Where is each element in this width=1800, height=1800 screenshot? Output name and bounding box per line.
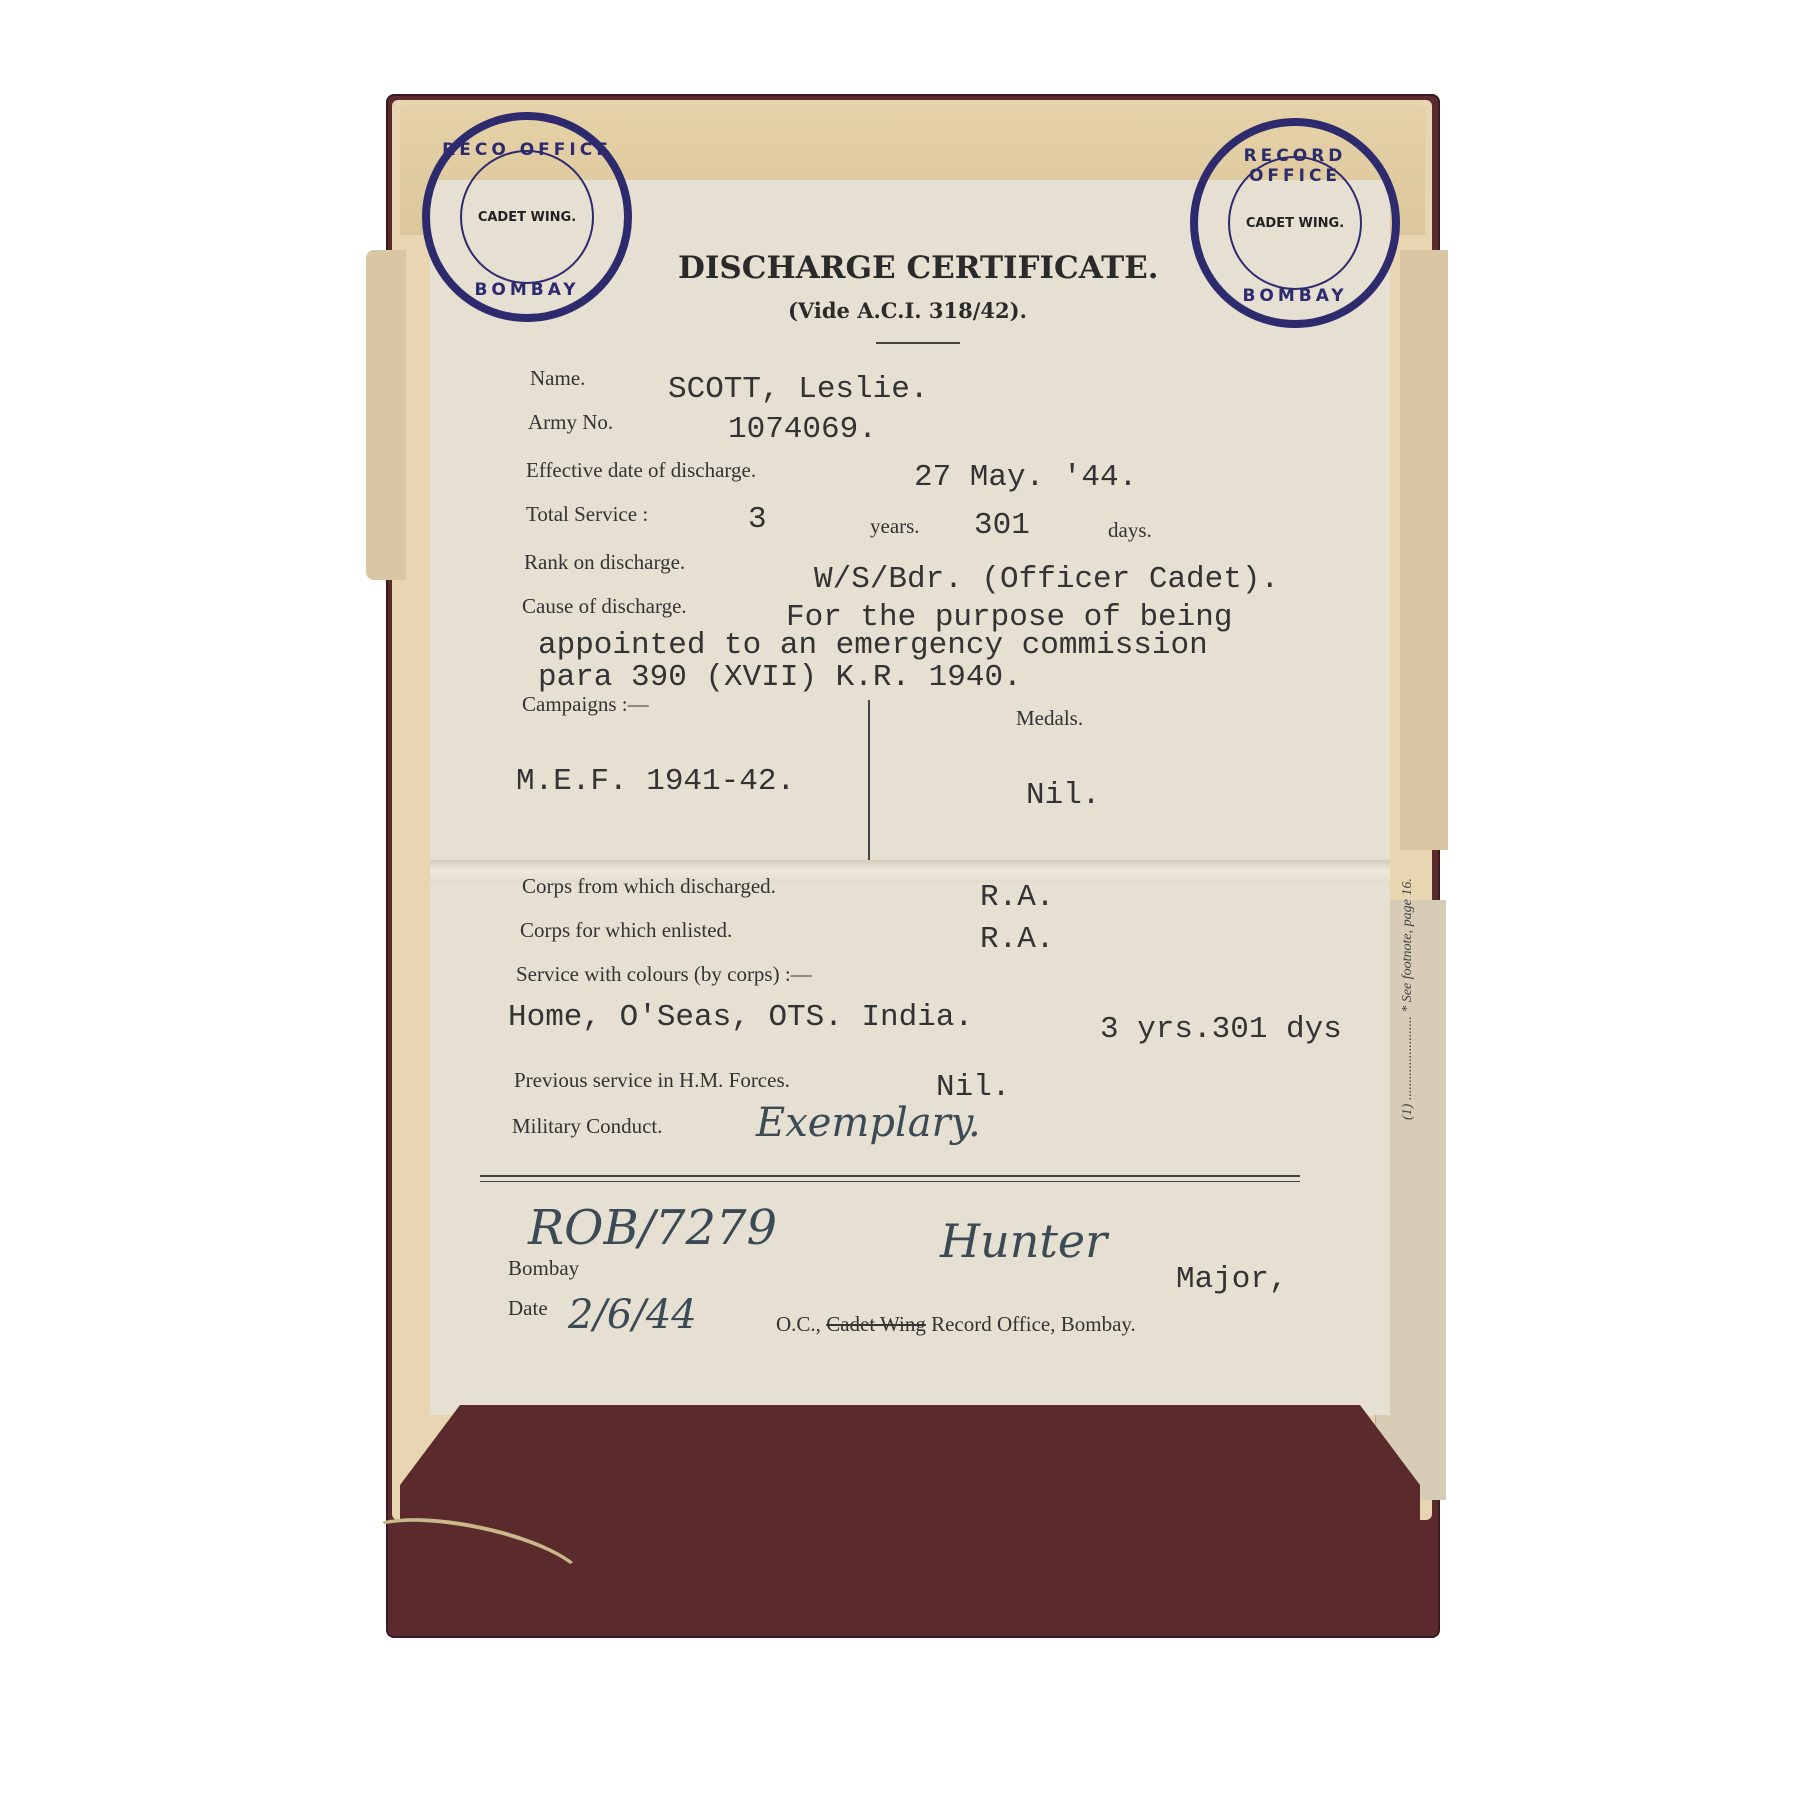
office-line: O.C., Cadet Wing Record Office, Bombay.	[776, 1312, 1136, 1337]
corps-from-label: Corps from which discharged.	[522, 874, 776, 899]
service-colours-duration: 3 yrs.301 dys	[1100, 1012, 1342, 1047]
campaigns-value: M.E.F. 1941-42.	[516, 764, 795, 799]
discharge-date-value: 27 May. '44.	[914, 460, 1137, 495]
previous-service-label: Previous service in H.M. Forces.	[514, 1068, 790, 1093]
corps-from-value: R.A.	[980, 880, 1054, 915]
column-divider	[868, 700, 870, 860]
conduct-label: Military Conduct.	[512, 1114, 663, 1139]
stamp-ring-bottom: BOMBAY	[1198, 286, 1392, 306]
date-label: Date	[508, 1296, 548, 1321]
office-prefix: O.C.,	[776, 1312, 821, 1336]
corps-for-value: R.A.	[980, 922, 1054, 957]
corps-for-label: Corps for which enlisted.	[520, 918, 732, 943]
total-service-label: Total Service :	[526, 502, 648, 527]
certificate-reference: (Vide A.C.I. 318/42).	[788, 298, 1027, 323]
right-tape	[1400, 250, 1448, 850]
certificate-title: DISCHARGE CERTIFICATE.	[678, 250, 1159, 286]
stamp-center: CADET WING.	[1198, 216, 1392, 231]
conduct-value: Exemplary.	[756, 1100, 981, 1146]
cause-label: Cause of discharge.	[522, 594, 687, 619]
signature-rule-1	[480, 1175, 1300, 1177]
record-office-stamp-right: RECORD OFFICE CADET WING. BOMBAY	[1190, 118, 1400, 328]
years-label: years.	[870, 514, 920, 539]
discharge-date-label: Effective date of discharge.	[526, 458, 756, 483]
side-footnote: (1) ........................ * See footn…	[1400, 878, 1416, 1120]
service-colours-label: Service with colours (by corps) :—	[516, 962, 812, 987]
cause-line-2: appointed to an emergency commission	[538, 628, 1208, 663]
name-label: Name.	[530, 366, 585, 391]
office-struck-text: Cadet Wing	[826, 1312, 926, 1336]
signature-rule-2	[480, 1181, 1300, 1182]
cover-pocket-flap	[400, 1405, 1420, 1635]
rank-value: W/S/Bdr. (Officer Cadet).	[814, 562, 1279, 597]
record-office-stamp-left: RECO OFFICE CADET WING. BOMBAY	[422, 112, 632, 322]
service-colours-value: Home, O'Seas, OTS. India.	[508, 1000, 973, 1035]
service-days-value: 301	[974, 508, 1030, 543]
signatory-rank: Major,	[1176, 1262, 1288, 1297]
campaigns-label: Campaigns :—	[522, 692, 649, 717]
medals-label: Medals.	[1016, 706, 1083, 731]
stamp-ring-top: RECO OFFICE	[430, 140, 624, 160]
rank-label: Rank on discharge.	[524, 550, 685, 575]
stamp-ring-bottom: BOMBAY	[430, 280, 624, 300]
service-years-value: 3	[748, 502, 767, 537]
army-no-label: Army No.	[528, 410, 613, 435]
army-no-value: 1074069.	[728, 412, 877, 447]
date-value: 2/6/44	[568, 1292, 697, 1338]
left-tape	[366, 250, 406, 580]
medals-value: Nil.	[1026, 778, 1100, 813]
officer-signature: Hunter	[940, 1214, 1107, 1268]
office-suffix: Record Office, Bombay.	[931, 1312, 1136, 1336]
days-label: days.	[1108, 518, 1152, 543]
reference-number: ROB/7279	[528, 1200, 777, 1256]
stamp-ring-top: RECORD OFFICE	[1198, 146, 1392, 186]
cause-line-3: para 390 (XVII) K.R. 1940.	[538, 660, 1022, 695]
title-rule	[876, 342, 960, 344]
stamp-center: CADET WING.	[430, 210, 624, 225]
place-label: Bombay	[508, 1256, 579, 1281]
name-value: SCOTT, Leslie.	[668, 372, 928, 407]
